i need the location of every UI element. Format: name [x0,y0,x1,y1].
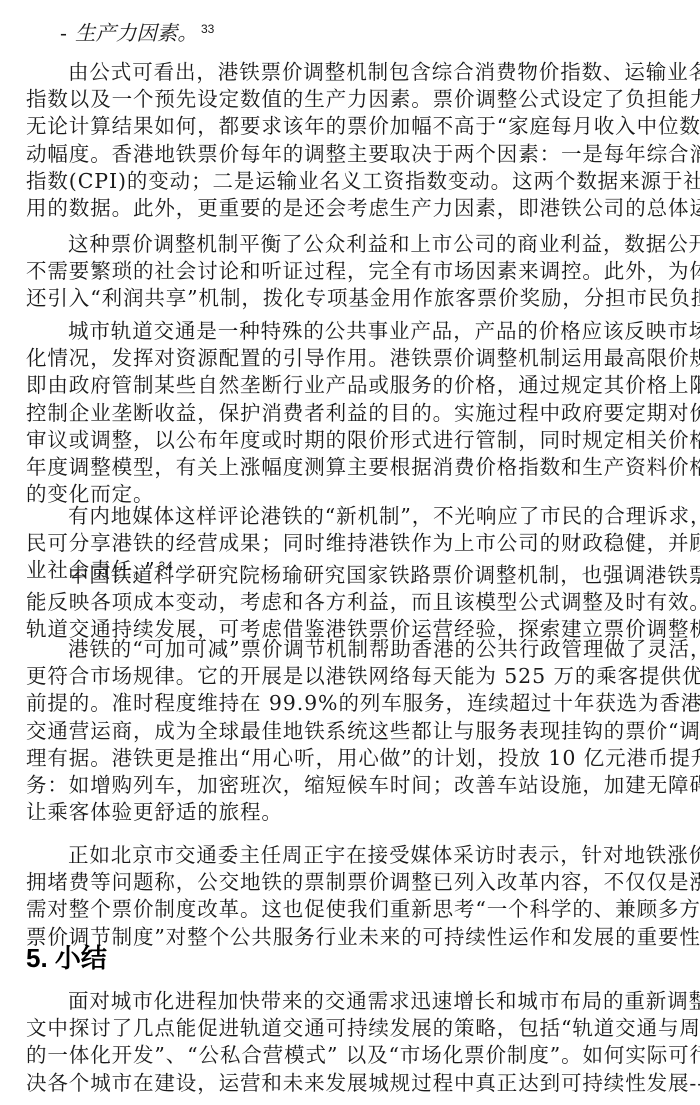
paragraph-7-line: 正如北京市交通委主任周正宇在接受媒体采访时表示，针对地铁涨价、交通 [68,842,666,869]
bullet-dash: - [60,21,67,45]
paragraph-1-line: 指数(CPI)的变动；二是运输业名义工资指数变动。这两个数据来源于社会公认采 [26,168,666,195]
paragraph-1-line: 无论计算结果如何，都要求该年的票价加幅不高于“家庭每月收入中位数”的变 [26,113,666,140]
section-heading: 5. 小结 [26,940,107,976]
paragraph-8-line: 的一体化开发”、“公私合营模式” 以及“市场化票价制度”。如何实际可行的解 [26,1042,666,1069]
paragraph-6-line: 前提的。准时程度维持在 99.9%的列车服务，连续超过十年获选为香港最佳公共 [26,690,666,717]
paragraph-1-line: 用的数据。此外，更重要的是还会考虑生产力因素，即港铁公司的总体运营表现。 [26,195,666,222]
paragraph-4-line: 民可分享港铁的经营成果；同时维持港铁作为上市公司的财政稳健，并顾及其企 [26,530,666,557]
paragraph-8-line: 决各个城市在建设，运营和未来发展城规过程中真正达到可持续性发展----这一 [26,1070,666,1097]
paragraph-1-line: 指数以及一个预先设定数值的生产力因素。票价调整公式设定了负担能力上限， [26,86,666,113]
paragraph-1-line: 动幅度。香港地铁票价每年的调整主要取决于两个因素：一是每年综合消费物价 [26,141,666,168]
paragraph-3-line: 年度调整模型，有关上涨幅度测算主要根据消费价格指数和生产资料价格等参数 [26,454,666,481]
paragraph-6-line: 让乘客体验更舒适的旅程。 [26,799,666,826]
paragraph-2-line: 还引入“利润共享”机制，拨化专项基金用作旅客票价奖励，分担市民负担。 [26,285,666,312]
paragraph-7-line: 票价调节制度”对整个公共服务行业未来的可持续性运作和发展的重要性。 [26,924,666,951]
paragraph-3-line: 控制企业垄断收益，保护消费者利益的目的。实施过程中政府要定期对价格进行 [26,400,666,427]
paragraph-6-line: 港铁的“可加可减”票价调节机制帮助香港的公共行政管理做了灵活，有效， [68,636,666,663]
document-page: -生产力因素。33 由公式可看出，港铁票价调整机制包含综合消费物价指数、运输业名… [0,0,700,1105]
paragraph-6-line: 交通营运商，成为全球最佳地铁系统这些都让与服务表现挂钩的票价“调的”有 [26,718,666,745]
paragraph-6-line: 更符合市场规律。它的开展是以港铁网络每天能为 525 万的乘客提供优质服务为 [26,663,666,690]
bullet-text: 生产力因素。 [75,21,198,45]
paragraph-7-line: 拥堵费等问题称，公交地铁的票制票价调整已列入改革内容，不仅仅是涨价问题， [26,869,666,896]
paragraph-3-line: 即由政府管制某些自然垄断行业产品或服务的价格，通过规定其价格上限以达到 [26,372,666,399]
bullet-item-productivity-factor: -生产力因素。33 [60,20,214,47]
footnote-ref-33[interactable]: 33 [201,22,214,36]
paragraph-2-line: 不需要繁琐的社会讨论和听证过程，完全有市场因素来调控。此外，为体现港铁 [26,258,666,285]
paragraph-1-line: 由公式可看出，港铁票价调整机制包含综合消费物价指数、运输业名义工资 [68,59,666,86]
paragraph-8-line: 文中探讨了几点能促进轨道交通可持续发展的策略，包括“轨道交通与周边土地 [26,1015,666,1042]
paragraph-3-line: 城市轨道交通是一种特殊的公共事业产品，产品的价格应该反映市场供求变 [68,318,666,345]
paragraph-5-line: 能反映各项成本变动，考虑和各方利益，而且该模型公式调整及时有效。为维持 [26,589,666,616]
paragraph-6-line: 理有据。港铁更是推出“用心听，用心做”的计划，投放 10 亿元港币提升列车服 [26,745,666,772]
paragraph-3-line: 审议或调整，以公布年度或时期的限价形式进行管制，同时规定相关价格水平的 [26,427,666,454]
paragraph-6-line: 务：如增购列车，加密班次，缩短候车时间；改善车站设施，加建无障碍设施， [26,772,666,799]
paragraph-7-line: 需对整个票价制度改革。这也促使我们重新思考“一个科学的、兼顾多方利益的 [26,896,666,923]
paragraph-8-line: 面对城市化进程加快带来的交通需求迅速增长和城市布局的重新调整，上 [68,988,666,1015]
paragraph-5-line: 中国铁道科学研究院杨瑜研究国家铁路票价调整机制，也强调港铁票价机制 [68,562,666,589]
paragraph-4-line: 有内地媒体这样评论港铁的“新机制”，不光响应了市民的合理诉求，让市 [68,503,666,530]
paragraph-3-line: 化情况，发挥对资源配置的引导作用。港铁票价调整机制运用最高限价规制理论， [26,345,666,372]
paragraph-2-line: 这种票价调整机制平衡了公众利益和上市公司的商业利益，数据公开透明， [68,231,666,258]
